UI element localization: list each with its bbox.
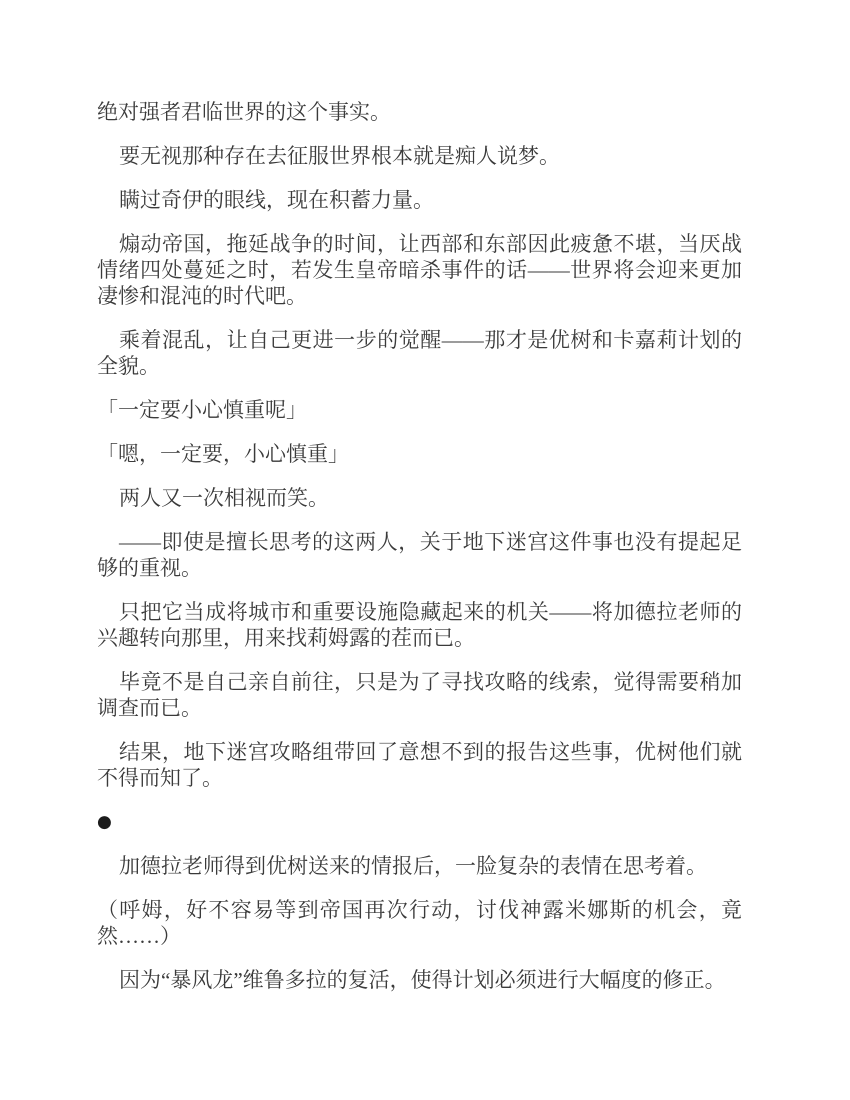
page-text: 绝对强者君临世界的这个事实。 要无视那种存在去征服世界根本就是痴人说梦。 瞒过奇…: [97, 99, 742, 993]
paragraph: ——即使是擅长思考的这两人，关于地下迷宫这件事也没有提起足够的重视。: [97, 529, 742, 581]
dialogue-line: 「嗯，一定要，小心慎重」: [97, 441, 742, 467]
paragraph: 瞒过奇伊的眼线，现在积蓄力量。: [97, 187, 742, 213]
section-break-bullet: ●: [97, 809, 742, 835]
paragraph: 要无视那种存在去征服世界根本就是痴人说梦。: [97, 143, 742, 169]
parenthetical-thought: （呼姆，好不容易等到帝国再次行动，讨伐神露米娜斯的机会，竟然……）: [97, 897, 742, 949]
paragraph: 煽动帝国，拖延战争的时间，让西部和东部因此疲惫不堪，当厌战情绪四处蔓延之时，若发…: [97, 231, 742, 309]
paragraph: 两人又一次相视而笑。: [97, 485, 742, 511]
paragraph: 乘着混乱，让自己更进一步的觉醒——那才是优树和卡嘉莉计划的全貌。: [97, 327, 742, 379]
paragraph: 加德拉老师得到优树送来的情报后，一脸复杂的表情在思考着。: [97, 853, 742, 879]
paragraph: 毕竟不是自己亲自前往，只是为了寻找攻略的线索，觉得需要稍加调查而已。: [97, 669, 742, 721]
book-page: 绝对强者君临世界的这个事实。 要无视那种存在去征服世界根本就是痴人说梦。 瞒过奇…: [0, 0, 850, 1100]
paragraph: 因为“暴风龙”维鲁多拉的复活，使得计划必须进行大幅度的修正。: [97, 967, 742, 993]
novel-page: { "document": { "language": "zh-CN", "ba…: [0, 0, 850, 1100]
dialogue-line: 「一定要小心慎重呢」: [97, 397, 742, 423]
paragraph: 结果，地下迷宫攻略组带回了意想不到的报告这些事，优树他们就不得而知了。: [97, 739, 742, 791]
paragraph: 绝对强者君临世界的这个事实。: [97, 99, 742, 125]
paragraph: 只把它当成将城市和重要设施隐藏起来的机关——将加德拉老师的兴趣转向那里，用来找莉…: [97, 599, 742, 651]
